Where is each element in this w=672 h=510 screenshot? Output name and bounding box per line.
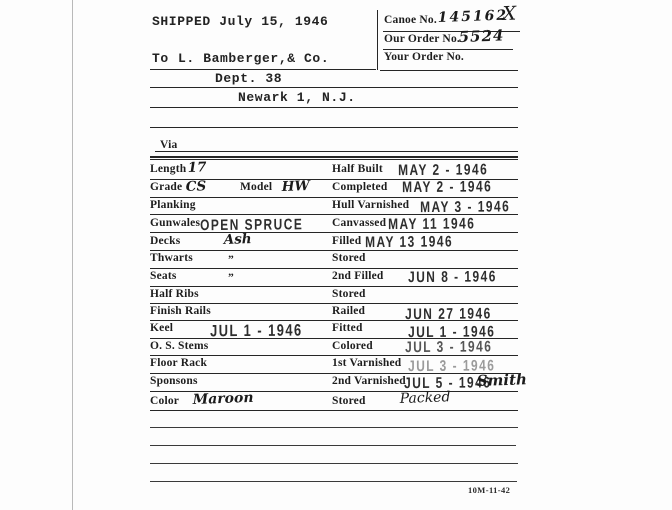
row-right-value: MAY 3 - 1946 bbox=[420, 197, 510, 216]
row-left-label: Length bbox=[150, 163, 186, 175]
row-rule bbox=[150, 250, 518, 251]
row-left-label: Floor Rack bbox=[150, 357, 207, 369]
row-mid-label: Model bbox=[240, 181, 272, 193]
to-name: L. Bamberger,& Co. bbox=[178, 51, 329, 66]
to-rule-right bbox=[380, 70, 518, 71]
row-rule bbox=[150, 232, 518, 233]
row-left-label: Gunwales bbox=[150, 217, 200, 229]
row-left-value: ” bbox=[228, 272, 234, 284]
city-rule bbox=[150, 107, 518, 108]
table-top-rule bbox=[150, 156, 518, 158]
row-left-value: 17 bbox=[187, 159, 206, 176]
row-right-label: Colored bbox=[332, 340, 373, 352]
to-label: To bbox=[152, 51, 169, 66]
row-right-label: Railed bbox=[332, 305, 365, 317]
row-right-label: 1st Varnished bbox=[332, 357, 401, 369]
row-left-value: Ash bbox=[223, 231, 251, 248]
our-order-no-label: Our Order No. bbox=[384, 33, 460, 45]
row-left-label: Sponsons bbox=[150, 375, 198, 387]
canoe-no-value: 145162 bbox=[437, 8, 508, 26]
our-order-no-rule bbox=[383, 49, 513, 50]
row-left-label: Color bbox=[150, 395, 179, 407]
row-right-label: Fitted bbox=[332, 322, 363, 334]
row-left-label: Thwarts bbox=[150, 252, 193, 264]
row-left-label: Finish Rails bbox=[150, 305, 211, 317]
blank-rule bbox=[150, 127, 518, 128]
row-right-label: Canvassed bbox=[332, 217, 386, 229]
our-order-no-value: 5524 bbox=[458, 26, 504, 46]
row-left-value: Maroon bbox=[192, 390, 253, 408]
row-left-value: JUL 1 - 1946 bbox=[210, 320, 303, 340]
row-left-value: OPEN SPRUCE bbox=[200, 215, 303, 234]
blank-rule bbox=[150, 445, 516, 446]
row-right-label: Half Built bbox=[332, 163, 383, 175]
row-right-label: Stored bbox=[332, 395, 366, 407]
city-line: Newark 1, N.J. bbox=[238, 90, 356, 105]
row-rule bbox=[150, 320, 518, 321]
row-right-value: MAY 2 - 1946 bbox=[398, 160, 488, 179]
scanned-record-card: { "colors": { "paper": "#fdfdfd", "ink":… bbox=[0, 0, 672, 510]
row-left-label: Keel bbox=[150, 322, 173, 334]
row-left-label: Seats bbox=[150, 270, 177, 282]
row-left-label: Grade bbox=[150, 181, 182, 193]
to-rule-left bbox=[150, 69, 376, 70]
row-right-label: 2nd Filled bbox=[332, 270, 384, 282]
row-right-value: JUL 3 - 1946 bbox=[405, 337, 492, 355]
row-left-label: Decks bbox=[150, 235, 180, 247]
blank-rule bbox=[150, 427, 518, 428]
row-left-label: Planking bbox=[150, 199, 196, 211]
row-right-value: MAY 2 - 1946 bbox=[402, 177, 492, 196]
row-mid-value: HW bbox=[281, 178, 309, 195]
form-code: 10M-11-42 bbox=[468, 485, 510, 495]
row-left-value: ” bbox=[228, 254, 234, 266]
row-right-label: Hull Varnished bbox=[332, 199, 409, 211]
signature: Smith bbox=[476, 370, 527, 390]
row-right-label: Stored bbox=[332, 252, 366, 264]
check-mark: X bbox=[502, 3, 516, 25]
dept-rule bbox=[150, 87, 518, 88]
your-order-no-label: Your Order No. bbox=[384, 51, 464, 63]
row-right-value: MAY 11 1946 bbox=[388, 214, 475, 232]
via-rule bbox=[155, 151, 518, 152]
row-right-label: 2nd Varnished bbox=[332, 375, 406, 387]
via-label: Via bbox=[160, 139, 177, 151]
row-rule bbox=[150, 410, 518, 411]
row-right-value: MAY 13 1946 bbox=[365, 232, 453, 250]
row-right-label: Stored bbox=[332, 288, 366, 300]
row-left-label: Half Ribs bbox=[150, 288, 199, 300]
dept-line: Dept. 38 bbox=[215, 71, 282, 86]
row-right-value: JUN 8 - 1946 bbox=[408, 267, 497, 285]
order-box-divider bbox=[377, 10, 378, 70]
row-right-label: Completed bbox=[332, 181, 387, 193]
canoe-no-label: Canoe No. bbox=[384, 14, 437, 26]
row-right-value: Packed bbox=[399, 389, 450, 407]
row-rule bbox=[150, 286, 518, 287]
shipped-line: SHIPPED July 15, 1946 bbox=[152, 14, 328, 29]
row-left-value: CS bbox=[185, 178, 206, 195]
row-right-label: Filled bbox=[332, 235, 361, 247]
blank-rule bbox=[150, 463, 518, 464]
row-left-label: O. S. Stems bbox=[150, 340, 208, 352]
blank-rule bbox=[150, 481, 517, 482]
